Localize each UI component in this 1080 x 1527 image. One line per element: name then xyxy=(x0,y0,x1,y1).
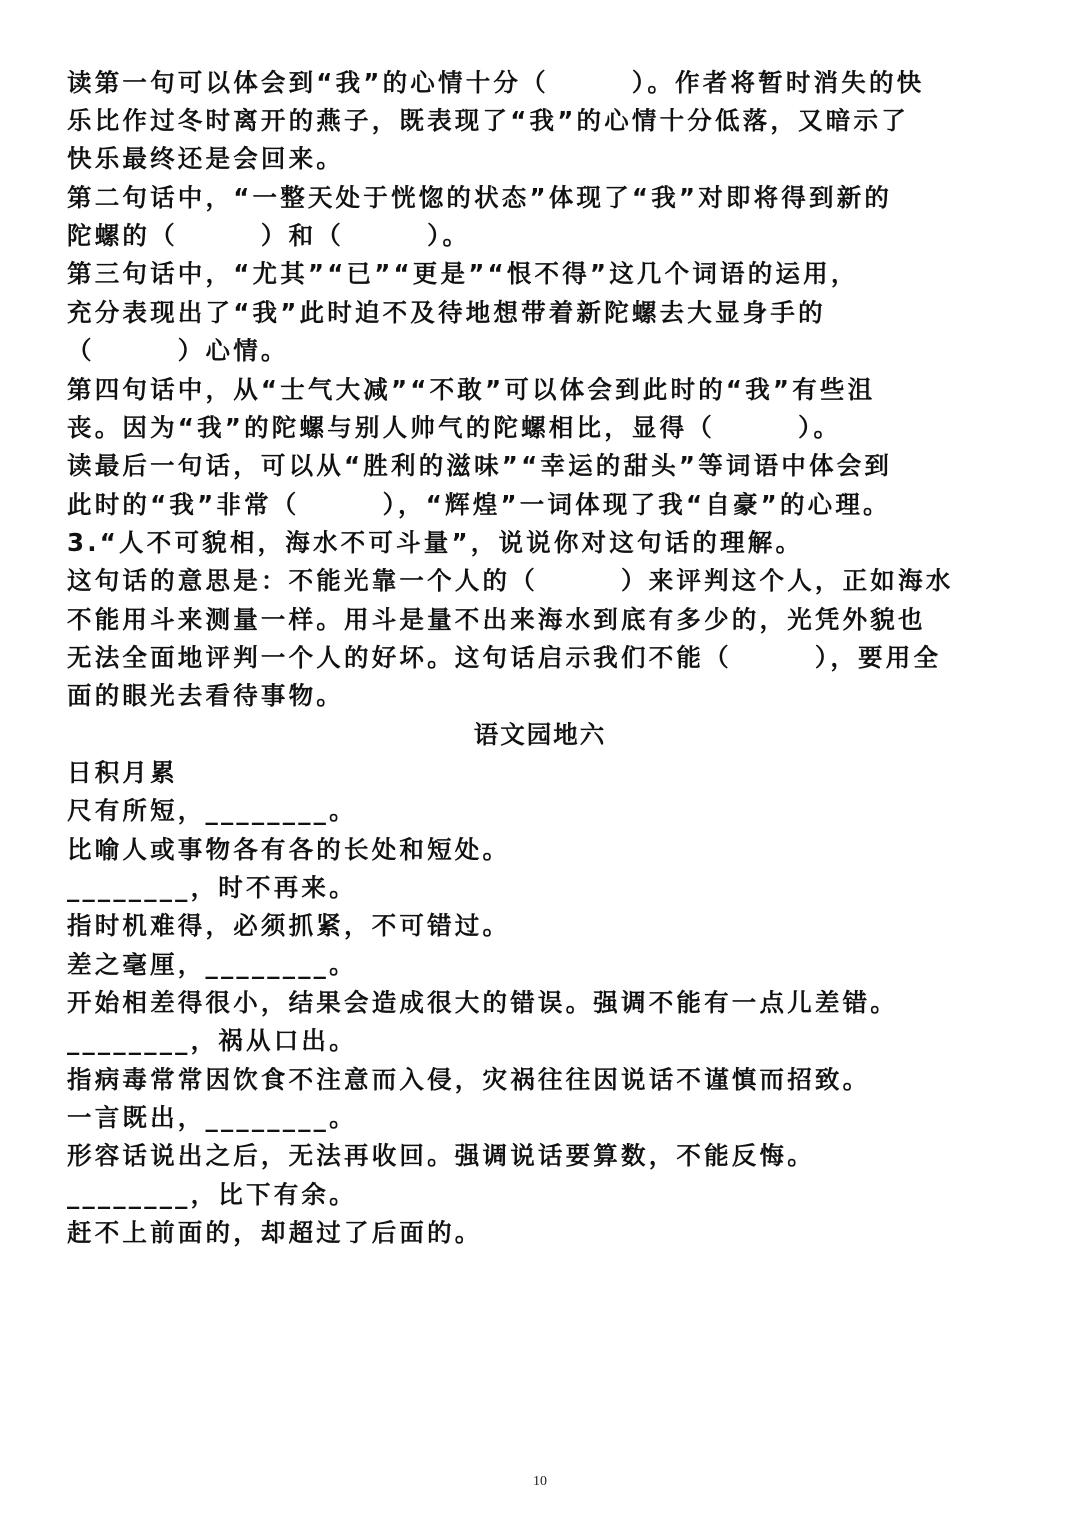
document-page: 读第一句可以体会到“我”的心情十分（ ）。作者将暂时消失的快 乐比作过冬时离开的… xyxy=(0,0,1080,1527)
text-line: 不能用斗来测量一样。用斗是量不出来海水到底有多少的，光凭外貌也 xyxy=(67,605,926,635)
text-line: （ ）心情。 xyxy=(67,336,289,366)
idiom-line: ________，时不再来。 xyxy=(67,873,357,903)
text-line: 无法全面地评判一个人的好坏。这句话启示我们不能（ ），要用全 xyxy=(67,643,941,673)
idiom-line: 尺有所短，________。 xyxy=(67,796,357,826)
text-line: 陀螺的（ ）和（ ）。 xyxy=(67,221,470,251)
text-line: 读第一句可以体会到“我”的心情十分（ ）。作者将暂时消失的快 xyxy=(67,68,924,98)
question-heading: 3.“人不可貌相，海水不可斗量”，说说你对这句话的理解。 xyxy=(67,528,803,558)
explanation-line: 比喻人或事物各有各的长处和短处。 xyxy=(67,835,510,865)
text-line: 读最后一句话，可以从“胜利的滋味”“幸运的甜头”等词语中体会到 xyxy=(67,451,892,481)
section-title: 语文园地六 xyxy=(0,720,1080,750)
text-line: 第二句话中，“一整天处于恍惚的状态”体现了“我”对即将得到新的 xyxy=(67,183,892,213)
explanation-line: 指时机难得，必须抓紧，不可错过。 xyxy=(67,911,510,941)
text-line: 第三句话中，“尤其”“已”“更是”“恨不得”这几个词语的运用， xyxy=(67,259,859,289)
explanation-line: 开始相差得很小，结果会造成很大的错误。强调不能有一点儿差错。 xyxy=(67,988,898,1018)
text-line: 此时的“我”非常（ ），“辉煌”一词体现了我“自豪”的心理。 xyxy=(67,490,891,520)
explanation-line: 指病毒常常因饮食不注意而入侵，灾祸往往因说话不谨慎而招致。 xyxy=(67,1065,870,1095)
text-line: 充分表现出了“我”此时迫不及待地想带着新陀螺去大显身手的 xyxy=(67,298,826,328)
idiom-line: ________，比下有余。 xyxy=(67,1180,357,1210)
subsection-heading: 日积月累 xyxy=(67,758,178,788)
text-line: 第四句话中，从“士气大减”“不敢”可以体会到此时的“我”有些沮 xyxy=(67,375,875,405)
explanation-line: 赶不上前面的，却超过了后面的。 xyxy=(67,1218,483,1248)
idiom-line: 差之毫厘，________。 xyxy=(67,950,357,980)
page-number: 10 xyxy=(0,1474,1080,1490)
idiom-line: ________，祸从口出。 xyxy=(67,1026,357,1056)
idiom-line: 一言既出，________。 xyxy=(67,1103,357,1133)
text-line: 面的眼光去看待事物。 xyxy=(67,681,344,711)
explanation-line: 形容话说出之后，无法再收回。强调说话要算数，不能反悔。 xyxy=(67,1141,815,1171)
text-line: 快乐最终还是会回来。 xyxy=(67,144,344,174)
text-line: 这句话的意思是：不能光靠一个人的（ ）来评判这个人，正如海水 xyxy=(67,566,953,596)
text-line: 乐比作过冬时离开的燕子，既表现了“我”的心情十分低落，又暗示了 xyxy=(67,106,909,136)
text-line: 丧。因为“我”的陀螺与别人帅气的陀螺相比，显得（ ）。 xyxy=(67,413,841,443)
